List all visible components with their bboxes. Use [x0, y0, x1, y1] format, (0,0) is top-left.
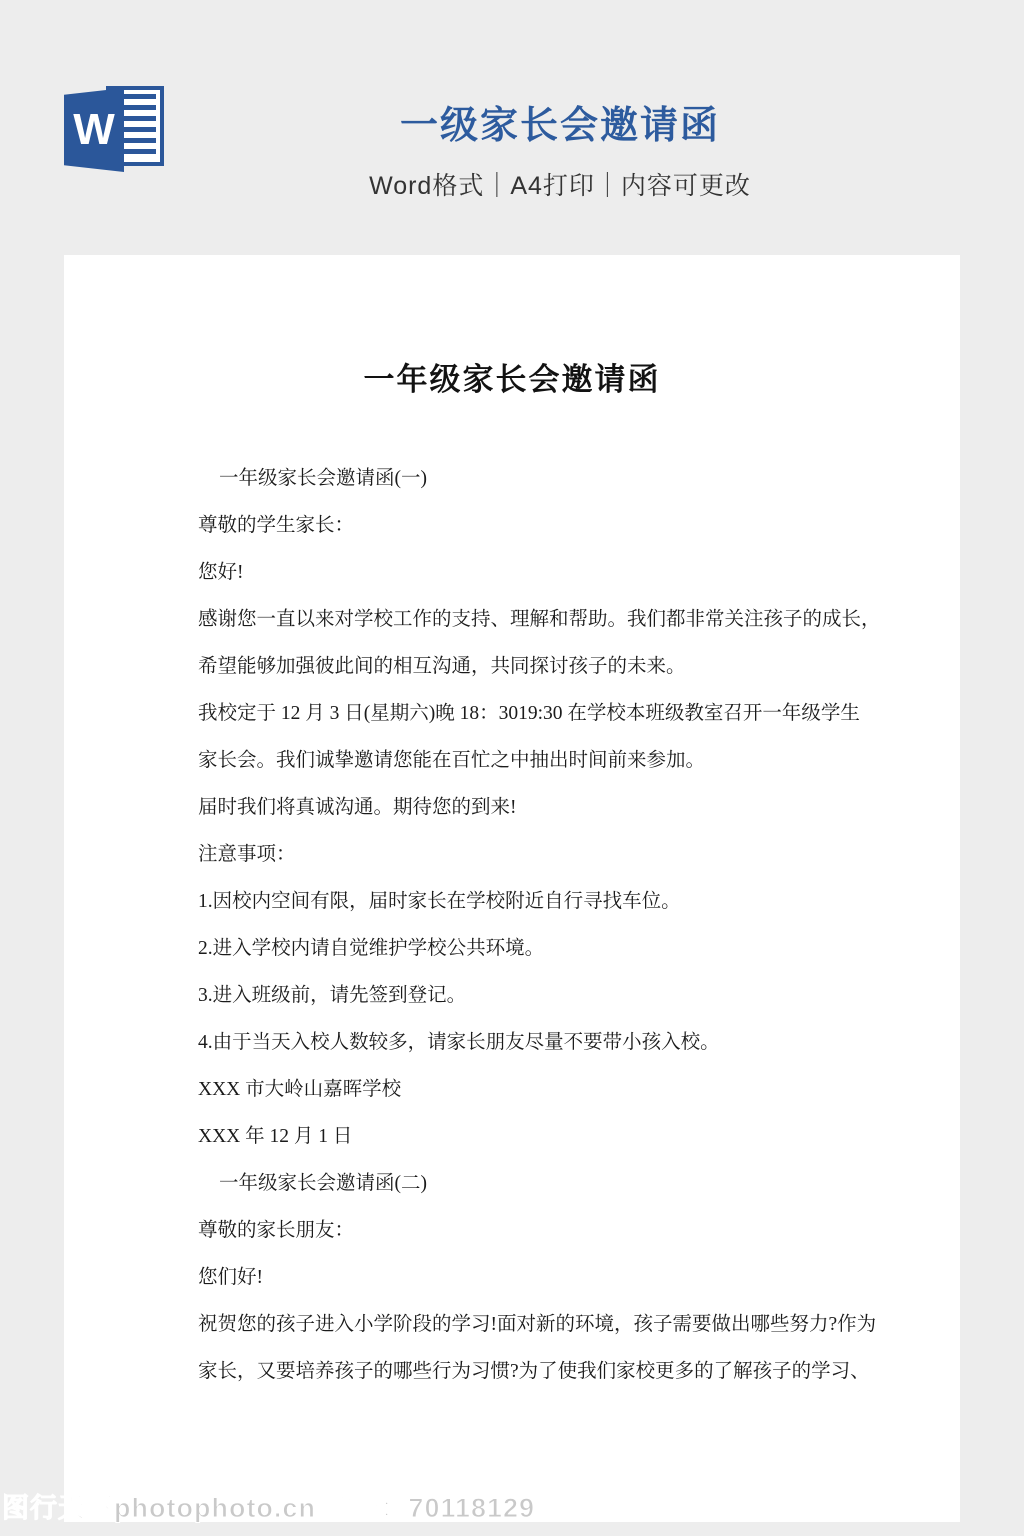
- doc-line: 您们好!: [198, 1254, 890, 1301]
- doc-line: XXX 市大岭山嘉晖学校: [198, 1066, 890, 1113]
- doc-line: 注意事项：: [198, 831, 890, 878]
- doc-line: 我校定于 12 月 3 日(星期六)晚 18：3019:30 在学校本班级教室召…: [198, 690, 890, 737]
- doc-line: 4.由于当天入校人数较多，请家长朋友尽量不要带小孩入校。: [198, 1019, 890, 1066]
- doc-line: 您好!: [198, 549, 890, 596]
- doc-line: 2.进入学校内请自觉维护学校公共环境。: [198, 925, 890, 972]
- doc-line: 3.进入班级前，请先签到登记。: [198, 972, 890, 1019]
- watermark: 图行天下photophoto.cn 编号：70118129: [2, 1486, 535, 1525]
- header-text-block: 一级家长会邀请函 Word格式｜A4打印｜内容可更改: [96, 94, 1024, 202]
- doc-line: 祝贺您的孩子进入小学阶段的学习!面对新的环境，孩子需要做出哪些努力?作为: [198, 1301, 890, 1348]
- doc-line: XXX 年 12 月 1 日: [198, 1113, 890, 1160]
- template-title: 一级家长会邀请函: [96, 94, 1024, 149]
- doc-line: 尊敬的家长朋友：: [198, 1207, 890, 1254]
- doc-line: 家长会。我们诚挚邀请您能在百忙之中抽出时间前来参加。: [198, 737, 890, 784]
- doc-line: 尊敬的学生家长：: [198, 502, 890, 549]
- doc-line: 届时我们将真诚沟通。期待您的到来!: [198, 784, 890, 831]
- doc-line: 一年级家长会邀请函(二): [198, 1160, 890, 1207]
- doc-line: 家长，又要培养孩子的哪些行为习惯?为了使我们家校更多的了解孩子的学习、: [198, 1348, 890, 1395]
- doc-line: 感谢您一直以来对学校工作的支持、理解和帮助。我们都非常关注孩子的成长，: [198, 596, 890, 643]
- doc-line: 1.因校内空间有限，届时家长在学校附近自行寻找车位。: [198, 878, 890, 925]
- doc-line: 希望能够加强彼此间的相互沟通，共同探讨孩子的未来。: [198, 643, 890, 690]
- header: W 一级家长会邀请函 Word格式｜A4打印｜内容可更改: [0, 0, 1024, 255]
- document-title: 一年级家长会邀请函: [64, 255, 960, 399]
- document-page: 一年级家长会邀请函 一年级家长会邀请函(一)尊敬的学生家长：您好!感谢您一直以来…: [64, 255, 960, 1522]
- doc-body: 一年级家长会邀请函(一)尊敬的学生家长：您好!感谢您一直以来对学校工作的支持、理…: [64, 455, 960, 1395]
- template-subtitle: Word格式｜A4打印｜内容可更改: [96, 166, 1024, 202]
- doc-line: 一年级家长会邀请函(一): [198, 455, 890, 502]
